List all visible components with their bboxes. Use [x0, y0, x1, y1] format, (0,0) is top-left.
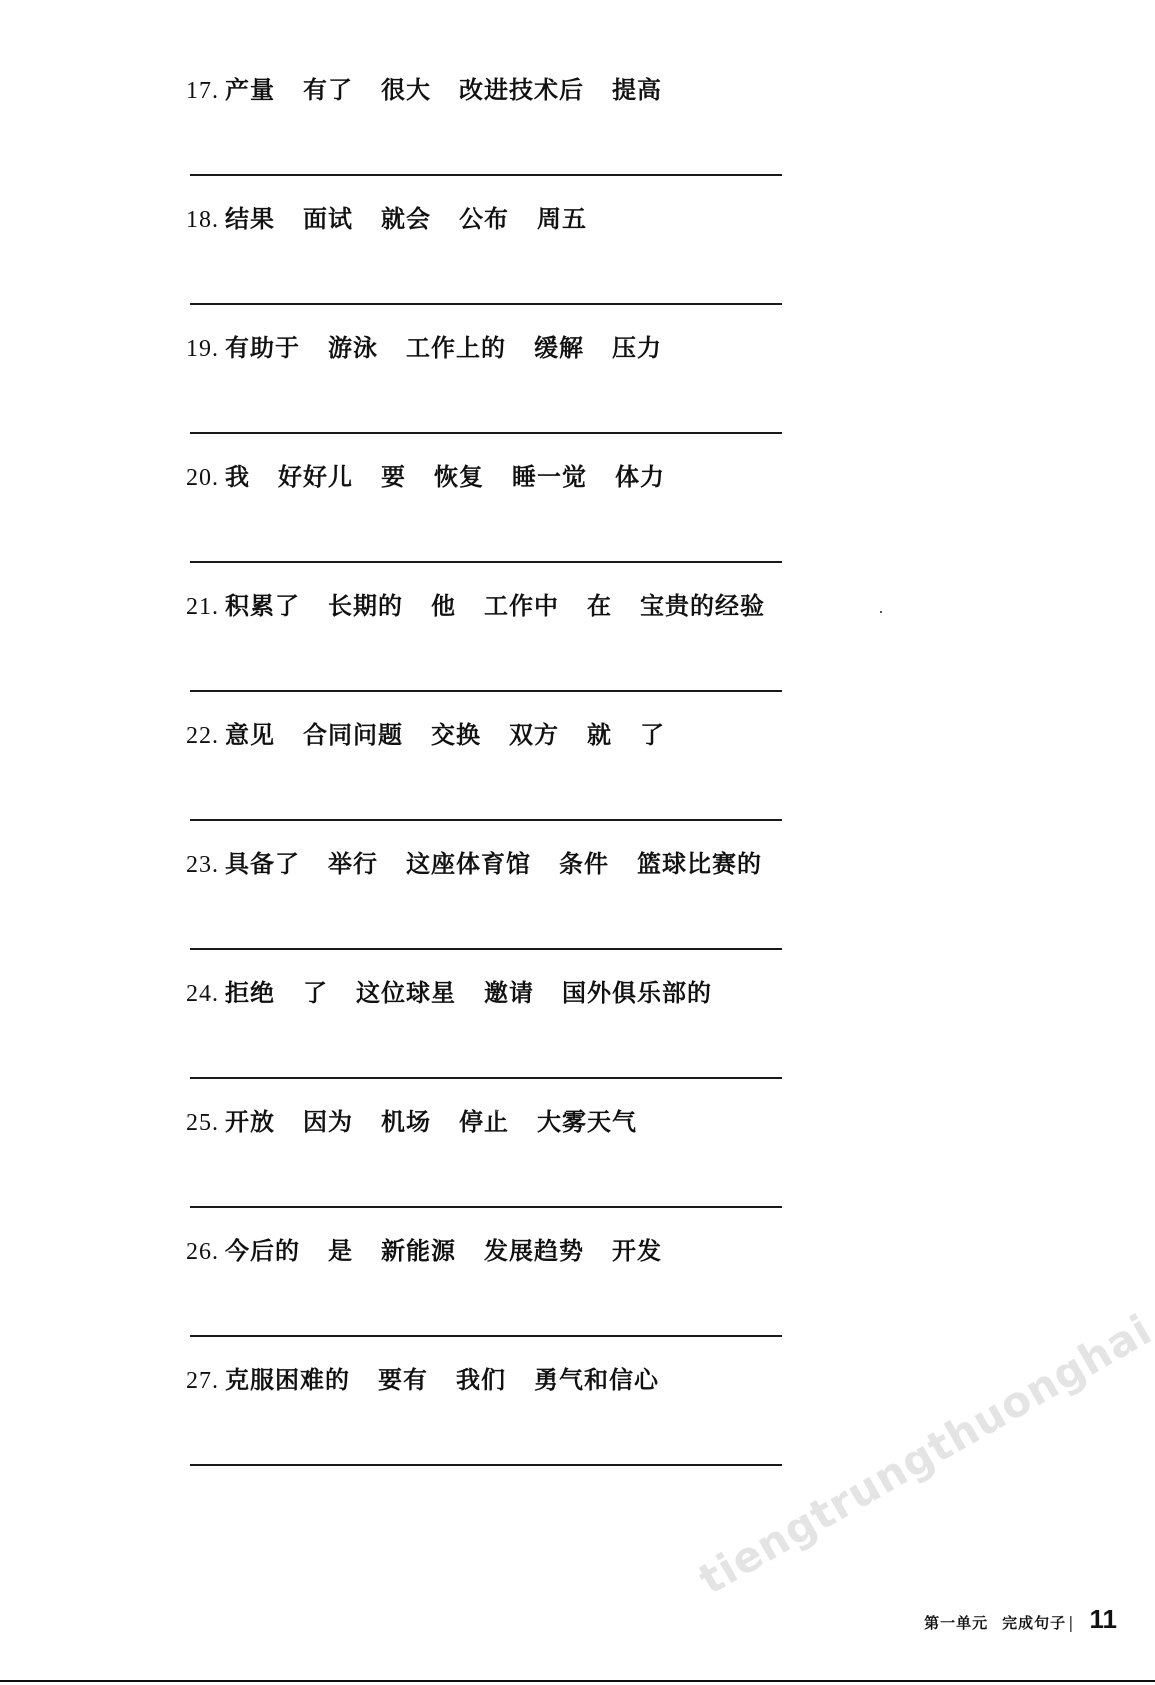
- word-chunk: 这座体育馆: [406, 848, 531, 880]
- word-chunk: 要有: [378, 1364, 428, 1396]
- exercise-prompt: 27.克服困难的要有我们勇气和信心: [186, 1364, 659, 1397]
- exercise-prompt: 18.结果面试就会公布周五: [186, 203, 587, 236]
- word-chunk: 开放: [225, 1106, 275, 1138]
- answer-underline: [190, 1335, 782, 1337]
- exercise-item: 26.今后的是新能源发展趋势开发: [0, 1235, 1155, 1364]
- answer-field[interactable]: [190, 525, 786, 561]
- word-chunk: 在: [587, 590, 612, 622]
- word-chunk: 举行: [328, 848, 378, 880]
- word-bank: 拒绝了这位球星邀请国外俱乐部的: [225, 977, 712, 1009]
- exercise-number: 18.: [186, 204, 219, 236]
- word-chunk: 宝贵的经验: [640, 590, 765, 622]
- word-chunk: 克服困难的: [225, 1364, 350, 1396]
- word-chunk: 产量: [225, 74, 275, 106]
- exercise-number: 19.: [186, 333, 219, 365]
- word-chunk: 了: [640, 719, 665, 751]
- answer-field[interactable]: [190, 396, 786, 432]
- word-chunk: 他: [431, 590, 456, 622]
- word-chunk: 积累了: [225, 590, 300, 622]
- exercise-item: 20.我好好儿要恢复睡一觉体力: [0, 461, 1155, 590]
- word-chunk: 提高: [612, 74, 662, 106]
- word-bank: 产量有了很大改进技术后提高: [225, 74, 662, 106]
- answer-field[interactable]: [190, 1428, 786, 1464]
- word-bank: 开放因为机场停止大雾天气: [225, 1106, 637, 1138]
- word-chunk: 体力: [615, 461, 665, 493]
- exercise-item: 17.产量有了很大改进技术后提高: [0, 74, 1155, 203]
- word-chunk: 我们: [456, 1364, 506, 1396]
- exercise-number: 25.: [186, 1107, 219, 1139]
- word-chunk: 结果: [225, 203, 275, 235]
- answer-field[interactable]: [190, 654, 786, 690]
- word-chunk: 邀请: [484, 977, 534, 1009]
- exercise-number: 24.: [186, 978, 219, 1010]
- word-bank: 意见合同问题交换双方就了: [225, 719, 665, 751]
- answer-field[interactable]: [190, 267, 786, 303]
- word-bank: 具备了举行这座体育馆条件篮球比赛的: [225, 848, 762, 880]
- word-chunk: 工作上的: [406, 332, 506, 364]
- word-chunk: 国外俱乐部的: [562, 977, 712, 1009]
- word-chunk: 篮球比赛的: [637, 848, 762, 880]
- exercise-prompt: 19.有助于游泳工作上的缓解压力: [186, 332, 662, 365]
- answer-underline: [190, 1464, 782, 1466]
- exercise-prompt: 20.我好好儿要恢复睡一觉体力: [186, 461, 665, 494]
- exercise-item: 19.有助于游泳工作上的缓解压力: [0, 332, 1155, 461]
- exercise-prompt: 21.积累了长期的他工作中在宝贵的经验: [186, 590, 765, 623]
- answer-field[interactable]: [190, 138, 786, 174]
- word-chunk: 具备了: [225, 848, 300, 880]
- word-bank: 结果面试就会公布周五: [225, 203, 587, 235]
- exercise-prompt: 22.意见合同问题交换双方就了: [186, 719, 665, 752]
- word-chunk: 合同问题: [303, 719, 403, 751]
- exercise-item: 25.开放因为机场停止大雾天气: [0, 1106, 1155, 1235]
- word-chunk: 机场: [381, 1106, 431, 1138]
- answer-underline: [190, 1206, 782, 1208]
- word-chunk: 睡一觉: [512, 461, 587, 493]
- word-chunk: 恢复: [434, 461, 484, 493]
- exercise-prompt: 26.今后的是新能源发展趋势开发: [186, 1235, 662, 1268]
- answer-underline: [190, 1077, 782, 1079]
- exercise-number: 17.: [186, 75, 219, 107]
- word-chunk: 缓解: [534, 332, 584, 364]
- word-chunk: 新能源: [381, 1235, 456, 1267]
- word-chunk: 就: [587, 719, 612, 751]
- exercise-item: 21.积累了长期的他工作中在宝贵的经验: [0, 590, 1155, 719]
- word-bank: 积累了长期的他工作中在宝贵的经验: [225, 590, 765, 622]
- bottom-rule: [0, 1680, 1155, 1682]
- word-chunk: 交换: [431, 719, 481, 751]
- word-bank: 有助于游泳工作上的缓解压力: [225, 332, 662, 364]
- answer-field[interactable]: [190, 783, 786, 819]
- page-footer: 第一单元 完成句子 | 11: [924, 1604, 1117, 1635]
- word-chunk: 勇气和信心: [534, 1364, 659, 1396]
- word-chunk: 双方: [509, 719, 559, 751]
- answer-underline: [190, 303, 782, 305]
- word-chunk: 好好儿: [278, 461, 353, 493]
- answer-underline: [190, 432, 782, 434]
- word-chunk: 面试: [303, 203, 353, 235]
- word-chunk: 周五: [537, 203, 587, 235]
- exercise-number: 22.: [186, 720, 219, 752]
- footer-section-title: 完成句子: [1002, 1612, 1066, 1633]
- exercise-number: 20.: [186, 462, 219, 494]
- exercise-prompt: 17.产量有了很大改进技术后提高: [186, 74, 662, 107]
- word-chunk: 我: [225, 461, 250, 493]
- word-chunk: 压力: [612, 332, 662, 364]
- exercise-prompt: 24.拒绝了这位球星邀请国外俱乐部的: [186, 977, 712, 1010]
- word-chunk: 很大: [381, 74, 431, 106]
- word-chunk: 大雾天气: [537, 1106, 637, 1138]
- answer-underline: [190, 948, 782, 950]
- word-chunk: 因为: [303, 1106, 353, 1138]
- exercise-item: 23.具备了举行这座体育馆条件篮球比赛的: [0, 848, 1155, 977]
- word-bank: 克服困难的要有我们勇气和信心: [225, 1364, 659, 1396]
- exercise-number: 21.: [186, 591, 219, 623]
- word-chunk: 这位球星: [356, 977, 456, 1009]
- exercise-number: 26.: [186, 1236, 219, 1268]
- word-chunk: 工作中: [484, 590, 559, 622]
- exercise-item: 27.克服困难的要有我们勇气和信心: [0, 1364, 1155, 1493]
- answer-field[interactable]: [190, 1299, 786, 1335]
- exercise-number: 23.: [186, 849, 219, 881]
- answer-underline: [190, 690, 782, 692]
- word-bank: 我好好儿要恢复睡一觉体力: [225, 461, 665, 493]
- answer-field[interactable]: [190, 1170, 786, 1206]
- scan-speck: [496, 1110, 498, 1112]
- answer-field[interactable]: [190, 1041, 786, 1077]
- word-chunk: 有了: [303, 74, 353, 106]
- scan-speck: [880, 611, 882, 613]
- answer-field[interactable]: [190, 912, 786, 948]
- answer-underline: [190, 561, 782, 563]
- answer-underline: [190, 819, 782, 821]
- word-chunk: 公布: [459, 203, 509, 235]
- word-chunk: 意见: [225, 719, 275, 751]
- word-chunk: 改进技术后: [459, 74, 584, 106]
- exercise-item: 24.拒绝了这位球星邀请国外俱乐部的: [0, 977, 1155, 1106]
- exercise-item: 18.结果面试就会公布周五: [0, 203, 1155, 332]
- word-chunk: 了: [303, 977, 328, 1009]
- word-chunk: 条件: [559, 848, 609, 880]
- exercise-prompt: 25.开放因为机场停止大雾天气: [186, 1106, 637, 1139]
- word-chunk: 发展趋势: [484, 1235, 584, 1267]
- exercise-item: 22.意见合同问题交换双方就了: [0, 719, 1155, 848]
- word-chunk: 有助于: [225, 332, 300, 364]
- exercise-number: 27.: [186, 1365, 219, 1397]
- word-chunk: 是: [328, 1235, 353, 1267]
- word-chunk: 拒绝: [225, 977, 275, 1009]
- word-bank: 今后的是新能源发展趋势开发: [225, 1235, 662, 1267]
- footer-separator: |: [1068, 1613, 1073, 1632]
- workbook-page: 17.产量有了很大改进技术后提高18.结果面试就会公布周五19.有助于游泳工作上…: [0, 0, 1155, 1685]
- word-chunk: 就会: [381, 203, 431, 235]
- page-number: 11: [1090, 1604, 1118, 1635]
- exercise-prompt: 23.具备了举行这座体育馆条件篮球比赛的: [186, 848, 762, 881]
- word-chunk: 今后的: [225, 1235, 300, 1267]
- word-chunk: 长期的: [328, 590, 403, 622]
- word-chunk: 停止: [459, 1106, 509, 1138]
- answer-underline: [190, 174, 782, 176]
- word-chunk: 要: [381, 461, 406, 493]
- word-chunk: 游泳: [328, 332, 378, 364]
- footer-unit-title: 第一单元: [924, 1612, 988, 1633]
- word-chunk: 开发: [612, 1235, 662, 1267]
